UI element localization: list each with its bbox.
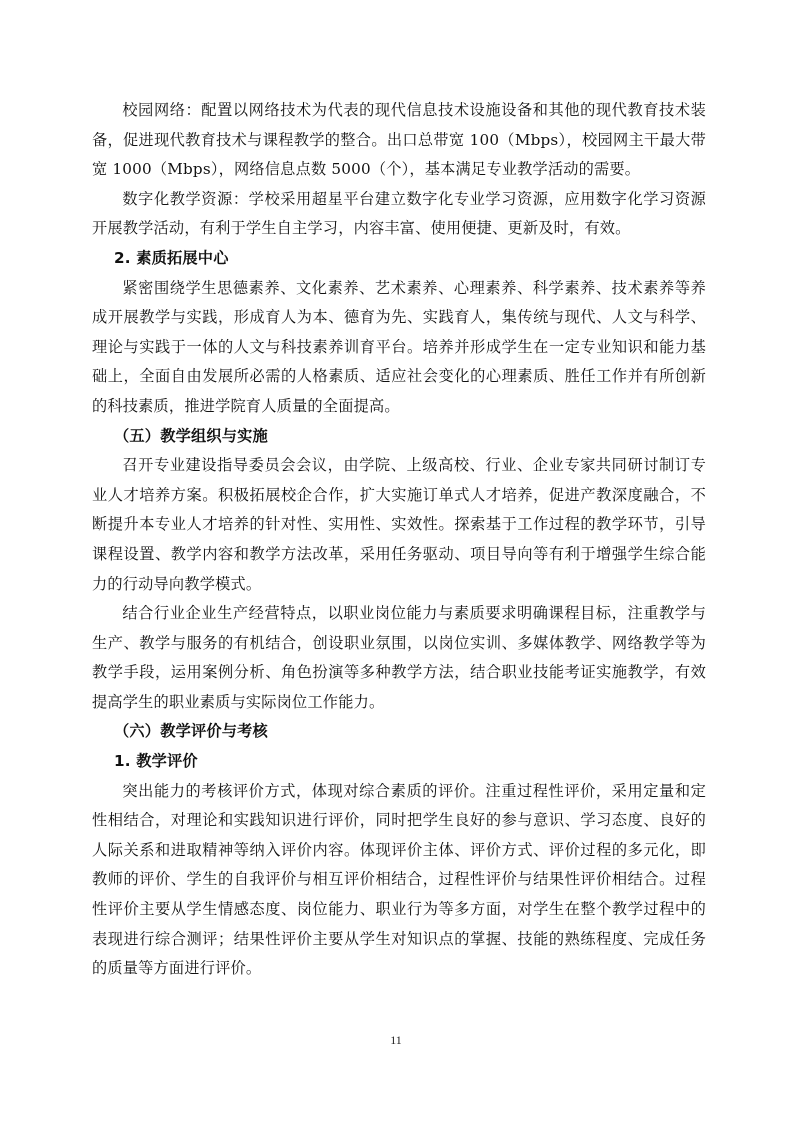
page-number: 11 (0, 1033, 792, 1048)
paragraph-teaching-organization-2: 结合行业企业生产经营特点，以职业岗位能力与素质要求明确课程目标，注重教学与生产、… (92, 599, 706, 717)
paragraph-teaching-evaluation: 突出能力的考核评价方式，体现对综合素质的评价。注重过程性评价，采用定量和定性相结… (92, 777, 706, 984)
paragraph-campus-network: 校园网络：配置以网络技术为代表的现代信息技术设施设备和其他的现代教育技术装备，促… (92, 96, 706, 185)
paragraph-digital-resources: 数字化教学资源：学校采用超星平台建立数字化专业学习资源，应用数字化学习资源开展教… (92, 185, 706, 244)
subheading-teaching-evaluation: 1. 教学评价 (92, 747, 706, 777)
heading-teaching-organization: （五）教学组织与实施 (92, 422, 706, 452)
heading-teaching-evaluation: （六）教学评价与考核 (92, 717, 706, 747)
paragraph-quality-center: 紧密围绕学生思德素养、文化素养、艺术素养、心理素养、科学素养、技术素养等养成开展… (92, 274, 706, 422)
paragraph-teaching-organization-1: 召开专业建设指导委员会会议，由学院、上级高校、行业、企业专家共同研讨制订专业人才… (92, 451, 706, 599)
subheading-quality-center: 2. 素质拓展中心 (92, 244, 706, 274)
document-page-body: 校园网络：配置以网络技术为代表的现代信息技术设施设备和其他的现代教育技术装备，促… (92, 96, 706, 984)
